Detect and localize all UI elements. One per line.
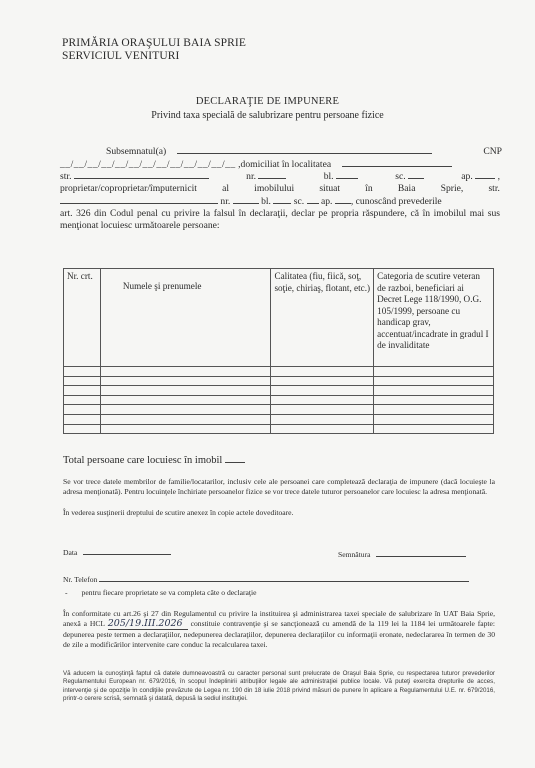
table-cell[interactable] <box>64 386 101 396</box>
table-row <box>64 376 494 386</box>
table-cell[interactable] <box>100 424 271 434</box>
members-note: Se vor trece datele membrilor de familie… <box>63 477 495 497</box>
total-persons: Total persoane care locuiesc în imobil <box>63 455 245 466</box>
property-apartment-field[interactable] <box>335 203 351 204</box>
cunoscand-label: , cunoscând prevederile <box>351 196 442 207</box>
table-cell[interactable] <box>374 376 494 386</box>
table-cell[interactable] <box>374 367 494 377</box>
table-row <box>64 424 494 434</box>
per-property-text: pentru fiecare proprietate se va complet… <box>82 588 257 597</box>
date-label: Data <box>63 548 77 557</box>
property-street-field[interactable] <box>60 203 218 204</box>
bl-label: bl. <box>324 171 334 182</box>
table-cell[interactable] <box>100 376 271 386</box>
owner-word: situat <box>319 183 340 194</box>
stair-field[interactable] <box>408 178 424 179</box>
table-row <box>64 405 494 415</box>
table-cell[interactable] <box>374 386 494 396</box>
table-cell[interactable] <box>271 395 374 405</box>
table-cell[interactable] <box>64 414 101 424</box>
table-row <box>64 395 494 405</box>
cnp-label: CNP <box>483 146 502 157</box>
institution-name: PRIMĂRIA ORAŞULUI BAIA SPRIE <box>62 37 246 50</box>
table-cell[interactable] <box>271 424 374 434</box>
exemption-note: În vederea susţinerii dreptului de scuti… <box>63 508 495 518</box>
table-cell[interactable] <box>271 376 374 386</box>
owner-word: Sprie, <box>441 183 464 194</box>
column-header-exemption: Categoria de scutire veteran de razboi, … <box>374 269 494 367</box>
table-cell[interactable] <box>271 405 374 415</box>
hcl-handwritten-field[interactable]: 205/19.III.2026 <box>108 619 188 630</box>
domiciliat-label: ,domiciliat în localitatea <box>238 159 331 170</box>
table-cell[interactable] <box>64 376 101 386</box>
table-row <box>64 386 494 396</box>
table-cell[interactable] <box>100 386 271 396</box>
table-cell[interactable] <box>64 395 101 405</box>
ap-label: ap. <box>321 196 332 207</box>
signature-field[interactable] <box>376 556 466 557</box>
table-cell[interactable] <box>64 424 101 434</box>
bl-label: bl. <box>261 196 271 207</box>
form-line-property-address: nr. bl. sc. ap. , cunoscând prevederile <box>60 196 500 207</box>
owner-type-label: proprietar/coproprietar/împuternicit <box>60 183 197 194</box>
form-line-cnp: __/__/__/__/__/__/__/__/__/__/__/__/__ ,… <box>60 159 490 170</box>
total-field[interactable] <box>225 462 245 463</box>
phone-label: Nr. Telefon <box>63 575 97 584</box>
table-row <box>64 367 494 377</box>
document-title: DECLARAŢIE DE IMPUNERE <box>0 96 535 107</box>
table-cell[interactable] <box>271 386 374 396</box>
nr-label: nr. <box>246 171 256 182</box>
table-row <box>64 414 494 424</box>
table-cell[interactable] <box>271 414 374 424</box>
block-field[interactable] <box>336 178 358 179</box>
table-cell[interactable] <box>100 395 271 405</box>
owner-word: al <box>222 183 229 194</box>
street-field[interactable] <box>74 178 209 179</box>
apartment-field[interactable] <box>475 178 495 179</box>
department-name: SERVICIUL VENITURI <box>62 50 246 63</box>
owner-word: Baia <box>398 183 416 194</box>
ap-label: ap. <box>461 171 472 182</box>
form-line-name: Subsemnatul(a) CNP <box>60 146 490 157</box>
table-cell[interactable] <box>64 367 101 377</box>
table-cell[interactable] <box>374 424 494 434</box>
per-property-note: -pentru fiecare proprietate se va comple… <box>65 588 257 598</box>
sc-label: sc. <box>294 196 304 207</box>
locality-field[interactable] <box>342 166 452 167</box>
date-row: Data <box>63 548 171 558</box>
legal-conformity: În conformitate cu art.26 şi 27 din Regu… <box>63 609 495 650</box>
gdpr-notice: Vă aducem la cunoştinţă faptul că datele… <box>63 670 495 704</box>
subsemnatul-label: Subsemnatul(a) <box>106 146 166 157</box>
form-line-owner: proprietar/coproprietar/împuternicit al … <box>60 183 500 194</box>
column-header-name: Numele şi prenumele <box>100 269 271 367</box>
table-cell[interactable] <box>100 414 271 424</box>
table-cell[interactable] <box>100 405 271 415</box>
sc-label: sc. <box>395 171 405 182</box>
column-header-nr: Nr. crt. <box>64 269 101 367</box>
table-cell[interactable] <box>374 405 494 415</box>
table-cell[interactable] <box>100 367 271 377</box>
nr-label: nr. <box>220 196 230 207</box>
cnp-field[interactable]: __/__/__/__/__/__/__/__/__/__/__/__/__ <box>60 159 236 170</box>
total-label: Total persoane care locuiesc în imobil <box>63 455 222 466</box>
owner-word: str. <box>488 183 499 194</box>
declaration-page: PRIMĂRIA ORAŞULUI BAIA SPRIE SERVICIUL V… <box>0 0 535 768</box>
phone-field[interactable] <box>99 581 469 582</box>
owner-word: imobilului <box>254 183 294 194</box>
header-block: PRIMĂRIA ORAŞULUI BAIA SPRIE SERVICIUL V… <box>62 37 246 63</box>
owner-word: în <box>365 183 372 194</box>
signature-row: Semnătura <box>338 550 466 560</box>
phone-row: Nr. Telefon <box>63 575 469 585</box>
declaration-text: art. 326 din Codul penal cu privire la f… <box>60 208 500 232</box>
date-field[interactable] <box>83 554 171 555</box>
column-header-relation: Calitatea (fiu, fiică, soţ, soţie, chiri… <box>271 269 374 367</box>
property-block-field[interactable] <box>273 203 291 204</box>
persons-table: Nr. crt. Numele şi prenumele Calitatea (… <box>63 268 494 434</box>
str-label: str. <box>60 171 71 182</box>
table-cell[interactable] <box>271 367 374 377</box>
table-cell[interactable] <box>64 405 101 415</box>
document-subtitle: Privind taxa specială de salubrizare pen… <box>0 110 535 121</box>
table-header-row: Nr. crt. Numele şi prenumele Calitatea (… <box>64 269 494 367</box>
form-line-address: str. nr. bl. sc. ap. , <box>60 171 500 182</box>
number-field[interactable] <box>258 178 286 179</box>
table-cell[interactable] <box>374 414 494 424</box>
table-cell[interactable] <box>374 395 494 405</box>
property-stair-field[interactable] <box>307 203 319 204</box>
property-number-field[interactable] <box>233 203 259 204</box>
signature-label: Semnătura <box>338 550 370 559</box>
table-body <box>64 367 494 434</box>
name-field[interactable] <box>177 153 432 154</box>
